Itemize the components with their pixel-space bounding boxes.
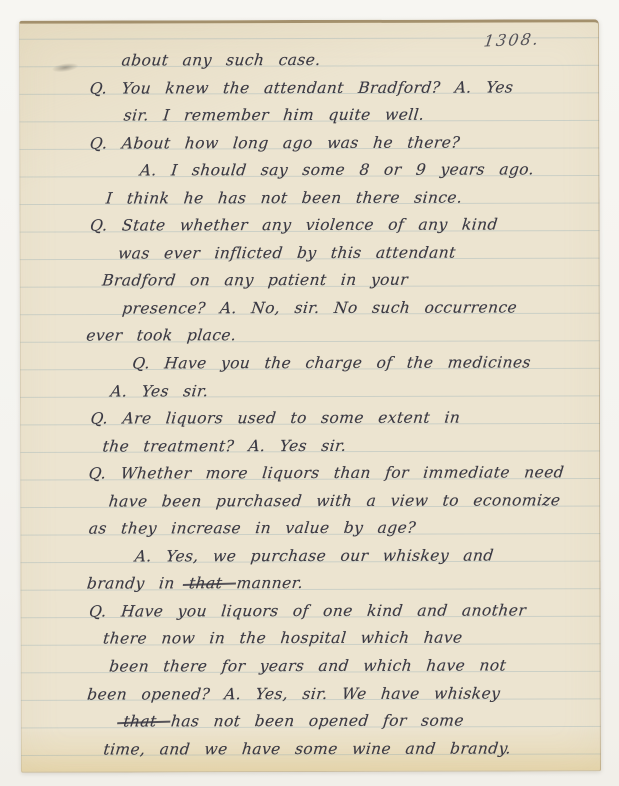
struck-word: that xyxy=(188,575,223,593)
handwriting-line: ever took place. xyxy=(21,322,602,351)
handwriting-lines: about any such case.Q. You knew the atte… xyxy=(20,46,600,764)
handwriting-line: A. I should say some 8 or 9 years ago. xyxy=(20,156,601,185)
handwriting-line: brandy in that manner. xyxy=(22,570,603,599)
handwriting-line: been there for years and which have not xyxy=(22,652,603,681)
handwriting-line: the treatment? A. Yes sir. xyxy=(21,432,602,461)
handwriting-line: Q. Whether more liquors than for immedia… xyxy=(21,459,602,488)
handwriting-line: Q. State whether any violence of any kin… xyxy=(21,212,602,241)
handwriting-line: Q. Have you liquors of one kind and anot… xyxy=(22,597,603,626)
struck-word: that xyxy=(122,713,157,731)
handwriting-line: presence? A. No, sir. No such occurrence xyxy=(21,294,602,323)
handwriting-line: sir. I remember him quite well. xyxy=(20,101,601,130)
handwriting-line: that has not been opened for some xyxy=(22,707,603,736)
handwriting-line: A. Yes, we purchase our whiskey and xyxy=(21,542,602,571)
manuscript-page: 1308. about any such case.Q. You knew th… xyxy=(19,19,601,773)
handwriting-line: was ever inflicted by this attendant xyxy=(21,239,602,268)
handwriting-line: A. Yes sir. xyxy=(21,377,602,406)
handwriting-line: have been purchased with a view to econo… xyxy=(21,487,602,516)
handwriting-line: been opened? A. Yes, sir. We have whiske… xyxy=(22,680,603,709)
handwriting-line: I think he has not been there since. xyxy=(21,184,602,213)
handwriting-line: Q. Are liquors used to some extent in xyxy=(21,404,602,433)
handwriting-line: there now in the hospital which have xyxy=(22,625,603,654)
handwriting-line: time, and we have some wine and brandy. xyxy=(22,735,603,764)
handwriting-line: Q. About how long ago was he there? xyxy=(20,129,601,158)
handwriting-line: Q. Have you the charge of the medicines xyxy=(21,349,602,378)
handwriting-line: Bradford on any patient in your xyxy=(21,267,602,296)
handwriting-line: as they increase in value by age? xyxy=(21,515,602,544)
handwriting-line: about any such case. xyxy=(20,46,601,75)
handwriting-line: Q. You knew the attendant Bradford? A. Y… xyxy=(20,74,601,103)
